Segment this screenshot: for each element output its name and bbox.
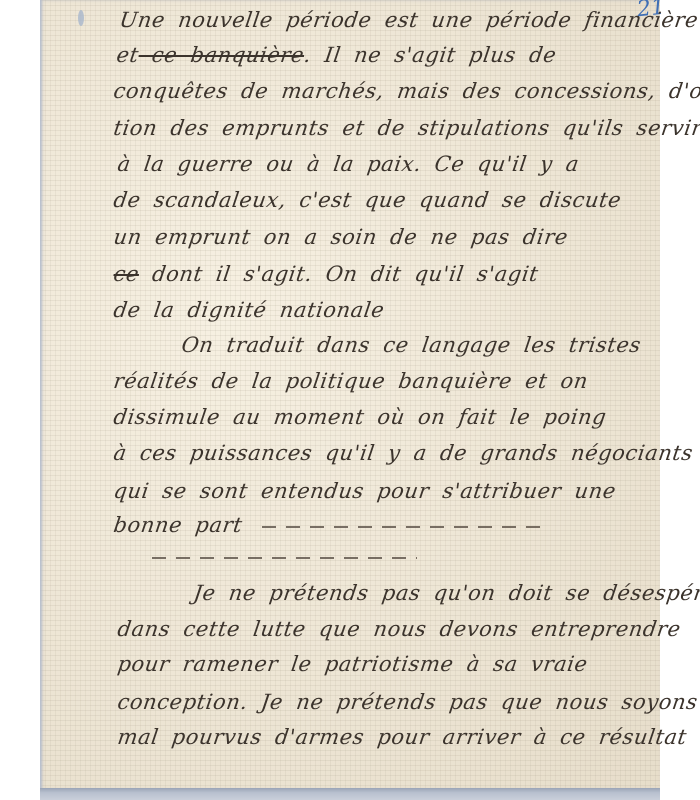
text-line: conception. Je ne prétends pas que nous …: [116, 690, 699, 714]
line-text: dans cette lutte que nous devons entrepr…: [116, 617, 682, 641]
line-text: pour ramener le patriotisme à sa vraie: [116, 652, 589, 676]
line-text: Une nouvelle période est une période fin…: [118, 8, 700, 32]
text-line: un emprunt on a soin de ne pas dire: [112, 225, 570, 249]
text-line: ce dont il s'agit. On dit qu'il s'agit: [112, 262, 540, 286]
dashed-rule: [262, 526, 547, 528]
line-text: conquêtes de marchés, mais des concessio…: [112, 79, 700, 103]
line-text: un emprunt on a soin de ne pas dire: [112, 225, 570, 249]
line-text: dissimule au moment où on fait le poing: [112, 405, 608, 429]
line-text: qui se sont entendus pour s'attribuer un…: [112, 479, 618, 503]
text-line: à la guerre ou à la paix. Ce qu'il y a: [116, 152, 581, 176]
line-text: à la guerre ou à la paix. Ce qu'il y a: [116, 152, 581, 176]
line-text: On traduit dans ce langage les tristes: [180, 333, 643, 357]
line-text-continued: dont il s'agit. On dit qu'il s'agit: [137, 262, 540, 286]
line-text: Je ne prétends pas qu'on doit se désespé…: [192, 581, 700, 605]
line-text: de scandaleux, c'est que quand se discut…: [112, 188, 623, 212]
text-line: qui se sont entendus pour s'attribuer un…: [112, 479, 618, 503]
line-text: bonne part: [112, 513, 244, 537]
text-line: Je ne prétends pas qu'on doit se désespé…: [192, 581, 700, 605]
line-text: conception. Je ne prétends pas que nous …: [116, 690, 699, 714]
line-text: tion des emprunts et de stipulations qu'…: [112, 116, 700, 140]
text-line: pour ramener le patriotisme à sa vraie: [116, 652, 589, 676]
struck-text: ce banquière: [137, 43, 306, 67]
text-line: de scandaleux, c'est que quand se discut…: [112, 188, 623, 212]
line-text: mal pourvus d'armes pour arriver à ce ré…: [116, 725, 688, 749]
line-text: réalités de la politique banquière et on: [112, 369, 590, 393]
text-line: conquêtes de marchés, mais des concessio…: [112, 79, 700, 103]
text-line: à ces puissances qu'il y a de grands nég…: [112, 441, 695, 465]
text-line: tion des emprunts et de stipulations qu'…: [112, 116, 700, 140]
text-line: bonne part: [112, 513, 244, 537]
text-line: dans cette lutte que nous devons entrepr…: [116, 617, 682, 641]
line-text: à ces puissances qu'il y a de grands nég…: [112, 441, 695, 465]
line-text-continued: . Il ne s'agit plus de: [302, 43, 558, 67]
text-line: réalités de la politique banquière et on: [112, 369, 590, 393]
line-text: de la dignité nationale: [112, 298, 386, 322]
text-line: mal pourvus d'armes pour arriver à ce ré…: [116, 725, 688, 749]
dashed-rule: [152, 557, 417, 559]
text-line: de la dignité nationale: [112, 298, 386, 322]
text-line: et ce banquière. Il ne s'agit plus de: [115, 43, 558, 67]
manuscript-text: Une nouvelle période est une période fin…: [0, 0, 700, 800]
text-line: On traduit dans ce langage les tristes: [180, 333, 643, 357]
text-line: dissimule au moment où on fait le poing: [112, 405, 608, 429]
text-line: Une nouvelle période est une période fin…: [118, 8, 700, 32]
